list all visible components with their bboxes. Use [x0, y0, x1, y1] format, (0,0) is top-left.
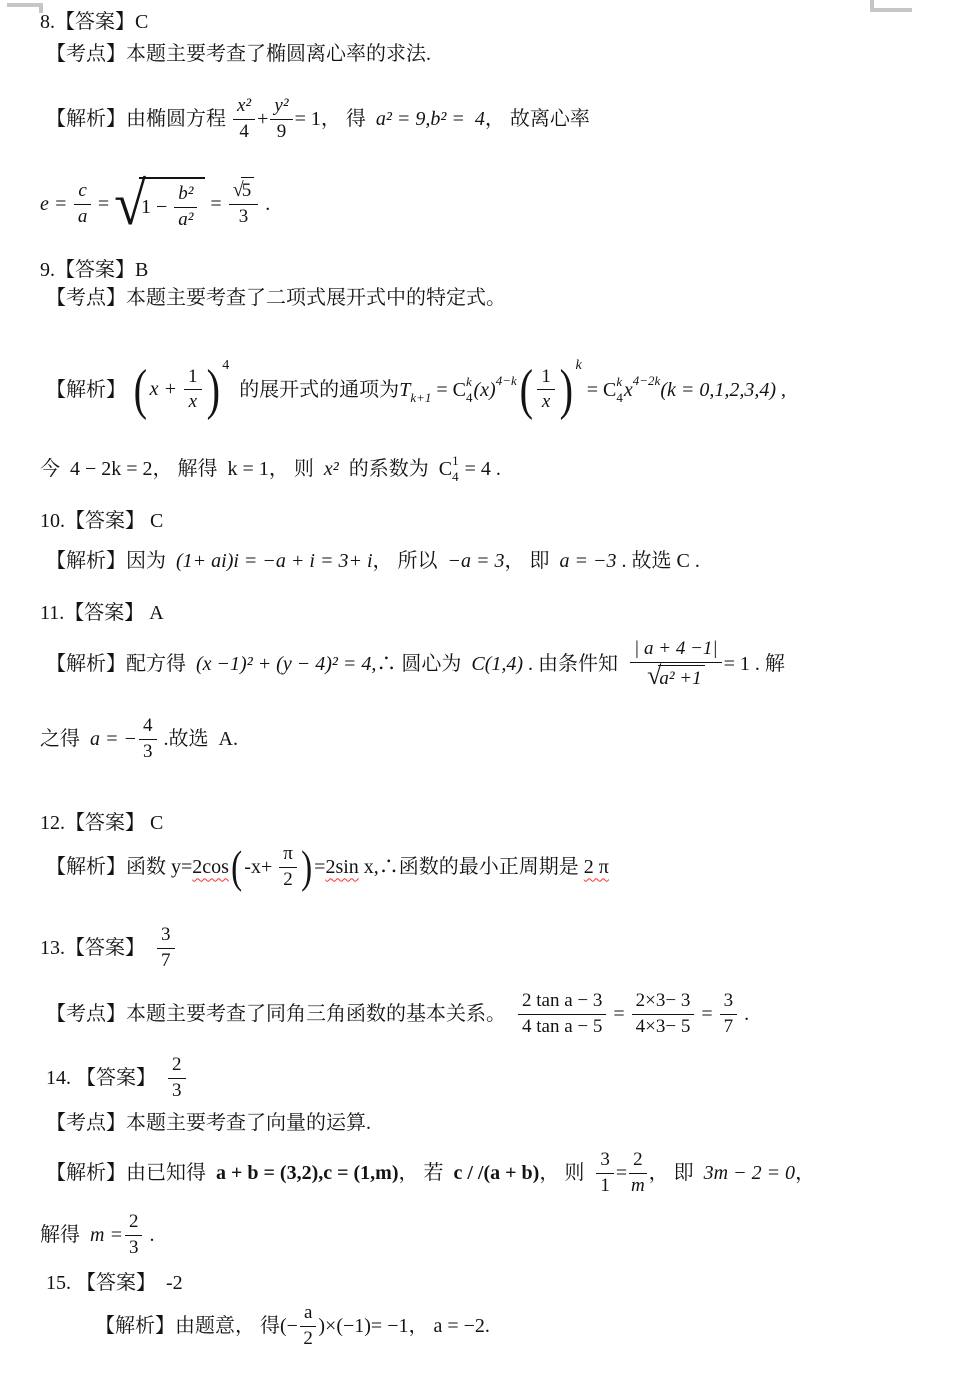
- fraction: π 2: [279, 843, 297, 892]
- math-fragment: T: [399, 379, 410, 402]
- math-fragment: (1+ ai)i = −a + i = 3+ i: [176, 550, 373, 573]
- math-fragment: =: [616, 1162, 627, 1185]
- fraction: 3 1: [596, 1149, 614, 1198]
- fraction: | a + 4 −1| √a² +1: [630, 638, 722, 691]
- text-run: ， 得: [321, 108, 376, 131]
- fraction: 2 m: [629, 1149, 647, 1198]
- text-run: ∴ 圆心为: [376, 653, 471, 676]
- jiexi-line-10: 【解析】 因为 (1+ ai)i = −a + i = 3+ i ， 所以 −a…: [46, 544, 700, 578]
- left-paren: (: [519, 365, 532, 415]
- radical-body: a² +1: [658, 665, 704, 689]
- math-fragment: (k = 0,1,2,3,4): [660, 379, 776, 402]
- fraction: c a: [74, 180, 90, 229]
- jiexi-line-12: 【解析】 函数 y= 2cos ( -x+ π 2 ) = 2sin x, ∴函…: [46, 840, 609, 894]
- math-fragment: = 4 .: [460, 458, 501, 481]
- math-fragment: x: [624, 379, 633, 402]
- jiexi-label: 【解析】: [46, 550, 126, 573]
- fraction: b² a²: [174, 183, 197, 232]
- math-fragment: .: [739, 1003, 749, 1026]
- math-fragment: (−: [280, 1315, 298, 1338]
- fraction: 1 x: [537, 366, 555, 415]
- fraction-denominator: a²: [178, 208, 193, 232]
- equation-line-8: e = c a = √ 1 − b² a² = √5 3 .: [40, 166, 270, 242]
- text-run: ， 则: [539, 1162, 594, 1185]
- fraction-denominator: 1: [600, 1174, 610, 1198]
- fraction: a 2: [300, 1302, 316, 1351]
- math-fragment: a = −: [90, 728, 137, 751]
- math-fragment: C(1,4): [471, 653, 523, 676]
- answer-text: 10.【答案】 C: [40, 510, 163, 533]
- text-run: 函数: [126, 856, 171, 879]
- fraction: 1 x: [184, 366, 202, 415]
- fraction: 4 3: [139, 715, 157, 764]
- text-run: 由题意， 得: [175, 1315, 280, 1338]
- fraction-denominator: √a² +1: [647, 663, 705, 691]
- text-run: ,: [776, 379, 786, 402]
- math-fragment: −a = 3: [448, 550, 505, 573]
- math-fragment: (x −1)² + (y − 4)² = 4,: [196, 653, 376, 676]
- left-paren: (: [134, 365, 147, 415]
- fraction-denominator: 7: [161, 949, 171, 973]
- kaodian-text: 【考点】本题主要考查了向量的运算.: [46, 1112, 371, 1135]
- fraction-numerator: 1: [537, 366, 555, 391]
- fraction-numerator: 3: [596, 1149, 614, 1174]
- spellcheck-flagged-text: 2 π: [584, 856, 609, 879]
- document-page: 8.【答案】C 【考点】本题主要考查了椭圆离心率的求法. 【解析】 由椭圆方程 …: [0, 0, 960, 1382]
- fraction-denominator: x: [542, 390, 550, 414]
- math-fragment: m =: [90, 1224, 123, 1247]
- fraction-denominator: 9: [277, 120, 287, 144]
- fraction-denominator: 2: [283, 868, 293, 892]
- right-paren: ): [560, 365, 573, 415]
- text-run: . 由条件知: [523, 653, 628, 676]
- math-fragment: =: [314, 856, 325, 879]
- jiexi-label: 【解析】: [46, 856, 126, 879]
- subscript: 4: [452, 469, 459, 485]
- text-run: 解得: [40, 1224, 90, 1247]
- math-fragment: =: [205, 193, 226, 216]
- jiexi-line-11-continued: 之得 a = − 4 3 .故选 A.: [40, 710, 238, 768]
- math-fragment: 3m − 2 = 0: [704, 1162, 795, 1185]
- spellcheck-flagged-text: 2cos: [192, 856, 229, 879]
- kaodian-line-9: 【考点】本题主要考查了二项式展开式中的特定式。: [46, 286, 506, 310]
- math-fragment: y=: [171, 856, 192, 879]
- fraction-denominator: 4: [239, 120, 249, 144]
- text-run: 由已知得: [126, 1162, 216, 1185]
- math-fragment: =: [696, 1003, 717, 1026]
- fraction: y² 9: [270, 95, 292, 144]
- superscript: 1: [452, 453, 459, 469]
- superscript: 4−k: [496, 374, 517, 389]
- superscript: k: [616, 374, 622, 390]
- fraction: 2 3: [125, 1211, 143, 1260]
- right-paren: ): [206, 365, 219, 415]
- fraction-denominator: 3: [239, 205, 249, 229]
- fraction-numerator: c: [74, 180, 90, 205]
- jiexi-label: 【解析】: [95, 1315, 175, 1338]
- math-fragment: x +: [150, 378, 182, 401]
- fraction-denominator: 2: [303, 1327, 313, 1351]
- text-run: ， 即: [505, 550, 560, 573]
- radical-sign: √: [114, 180, 146, 229]
- math-fragment: )×(−1)= −1， a = −2.: [318, 1315, 490, 1338]
- math-fragment: = 1: [295, 108, 321, 131]
- kaodian-text: 【考点】本题主要考查了同角三角函数的基本关系。: [46, 1003, 516, 1026]
- math-fragment: =: [608, 1003, 629, 1026]
- math-fragment: (x): [473, 379, 495, 402]
- radical-group: √ 1 − b² a²: [114, 177, 205, 232]
- text-run: 之得: [40, 728, 90, 751]
- text-run: .: [144, 1224, 154, 1247]
- text-run: 由椭圆方程: [126, 108, 231, 131]
- spellcheck-flagged-text: 2sin: [325, 856, 358, 879]
- text-run: ， 所以: [373, 550, 448, 573]
- math-operator: +: [257, 108, 268, 131]
- fraction: 2 tan a − 3 4 tan a − 5: [518, 990, 606, 1039]
- text-run: 今 4 − 2k = 2， 解得 k = 1， 则: [40, 458, 324, 481]
- kaodian-line-13: 【考点】本题主要考查了同角三角函数的基本关系。 2 tan a − 3 4 ta…: [46, 982, 749, 1046]
- answer-text: 13.【答案】: [40, 937, 155, 960]
- text-run: 的展开式的通项为: [229, 379, 399, 402]
- text-run: .故选 A.: [159, 728, 238, 751]
- fraction-denominator: 4×3− 5: [636, 1015, 691, 1039]
- fraction: 3 7: [720, 990, 738, 1039]
- kaodian-text: 【考点】本题主要考查了椭圆离心率的求法.: [46, 43, 431, 66]
- sup-sub-stack: k 4: [616, 374, 623, 405]
- fraction-numerator: b²: [174, 183, 197, 208]
- fraction-denominator: 4 tan a − 5: [522, 1015, 602, 1039]
- sup-sub-stack: k 4: [466, 374, 473, 405]
- kaodian-line-8: 【考点】本题主要考查了椭圆离心率的求法.: [46, 42, 431, 66]
- math-fragment: c / /(a + b): [454, 1162, 540, 1185]
- math-fragment: = 1: [724, 653, 750, 676]
- parenthesized-group: ( x + 1 x ): [131, 365, 222, 415]
- jiexi-line-8: 【解析】 由椭圆方程 x² 4 + y² 9 = 1 ， 得 a² = 9,b²…: [46, 86, 590, 152]
- right-paren: ): [301, 846, 312, 887]
- fraction-numerator: π: [279, 843, 297, 868]
- math-fragment: = C: [582, 379, 617, 402]
- kaodian-text: 【考点】本题主要考查了二项式展开式中的特定式。: [46, 287, 506, 310]
- math-fragment: =: [93, 193, 114, 216]
- jiexi-line-9: 【解析】 ( x + 1 x ) 4 的展开式的通项为 T k+1 = C k …: [46, 350, 786, 430]
- radical-body: 5: [241, 177, 255, 201]
- text-run: ， 若: [399, 1162, 454, 1185]
- answer-text: 15. 【答案】 -2: [46, 1272, 183, 1295]
- math-fragment: e =: [40, 193, 72, 216]
- parenthesized-group: ( 1 x ): [517, 365, 576, 415]
- fraction-denominator: 7: [724, 1015, 734, 1039]
- superscript: k: [466, 374, 472, 390]
- answer-line-9: 9.【答案】B: [40, 258, 148, 282]
- fraction-denominator: m: [631, 1174, 645, 1198]
- sup-sub-stack: 1 4: [452, 453, 459, 484]
- subscript: 4: [616, 390, 623, 406]
- fraction-numerator: 3: [720, 990, 738, 1015]
- text-run: ，: [795, 1162, 815, 1185]
- subscript: k+1: [410, 391, 431, 406]
- fraction: 2×3− 3 4×3− 5: [632, 990, 695, 1039]
- margin-mark-top-right-horizontal: [870, 8, 912, 12]
- fraction: x² 4: [233, 95, 255, 144]
- jiexi-line-9-continued: 今 4 − 2k = 2， 解得 k = 1， 则 x² 的系数为 C 1 4 …: [40, 448, 501, 490]
- fraction-numerator: | a + 4 −1|: [630, 638, 722, 663]
- answer-text: 8.【答案】C: [40, 11, 148, 34]
- jiexi-label: 【解析】: [46, 653, 126, 676]
- answer-line-10: 10.【答案】 C: [40, 508, 163, 534]
- fraction-denominator: 3: [172, 1079, 182, 1103]
- fraction-denominator: x: [189, 390, 197, 414]
- margin-mark-top-left-horizontal: [7, 3, 43, 7]
- answer-text: 14. 【答案】: [46, 1067, 166, 1090]
- kaodian-line-14: 【考点】本题主要考查了向量的运算.: [46, 1110, 371, 1136]
- text-run: 配方得: [126, 653, 196, 676]
- jiexi-label: 【解析】: [46, 1162, 126, 1185]
- text-run: . 故选 C .: [617, 550, 700, 573]
- math-fragment: x²: [324, 458, 339, 481]
- fraction-denominator: a: [78, 205, 88, 229]
- answer-line-12: 12.【答案】 C: [40, 810, 163, 836]
- text-run: . 解: [750, 653, 785, 676]
- math-fragment: a = −3: [560, 550, 617, 573]
- jiexi-line-11: 【解析】 配方得 (x −1)² + (y − 4)² = 4, ∴ 圆心为 C…: [46, 632, 785, 696]
- fraction: 3 7: [157, 924, 175, 973]
- fraction-numerator: y²: [270, 95, 292, 120]
- radical-body: 1 − b² a²: [139, 177, 205, 232]
- answer-line-8: 8.【答案】C: [40, 10, 148, 34]
- superscript: 4−2k: [633, 374, 661, 389]
- jiexi-line-15: 【解析】 由题意， 得 (− a 2 )×(−1)= −1， a = −2.: [95, 1298, 490, 1354]
- superscript: k: [576, 358, 582, 374]
- fraction-numerator: 3: [157, 924, 175, 949]
- fraction-numerator: a: [300, 1302, 316, 1327]
- jiexi-label: 【解析】: [46, 108, 126, 131]
- jiexi-label: 【解析】: [46, 379, 131, 402]
- fraction-numerator: 1: [184, 366, 202, 391]
- fraction-numerator: 2×3− 3: [632, 990, 695, 1015]
- fraction: 2 3: [168, 1054, 186, 1103]
- answer-line-11: 11.【答案】 A: [40, 600, 164, 626]
- math-fragment: a + b = (3,2),c = (1,m): [216, 1162, 399, 1185]
- fraction-numerator: 2: [629, 1149, 647, 1174]
- fraction-numerator: √5: [229, 180, 258, 205]
- math-fragment: .: [260, 193, 270, 216]
- answer-line-13: 13.【答案】 3 7: [40, 918, 177, 978]
- math-fragment: x,: [359, 856, 379, 879]
- fraction-numerator: 2 tan a − 3: [518, 990, 606, 1015]
- fraction: √5 3: [229, 180, 258, 229]
- answer-text: 9.【答案】B: [40, 259, 148, 282]
- text-run: 因为: [126, 550, 176, 573]
- fraction-denominator: 3: [143, 740, 153, 764]
- text-run: 的系数为 C: [339, 458, 452, 481]
- answer-text: 11.【答案】 A: [40, 602, 164, 625]
- answer-text: 12.【答案】 C: [40, 812, 163, 835]
- fraction-denominator: 3: [129, 1236, 139, 1260]
- left-paren: (: [231, 846, 242, 887]
- fraction-numerator: x²: [233, 95, 255, 120]
- text-run: ， 故离心率: [485, 108, 590, 131]
- fraction-numerator: 2: [168, 1054, 186, 1079]
- jiexi-line-14-continued: 解得 m = 2 3 .: [40, 1206, 154, 1264]
- text-run: ， 即: [649, 1162, 704, 1185]
- superscript: 4: [222, 358, 229, 374]
- answer-line-15: 15. 【答案】 -2: [46, 1270, 183, 1296]
- math-fragment: = C: [431, 379, 466, 402]
- fraction-numerator: 2: [125, 1211, 143, 1236]
- text-run: ∴函数的最小正周期是: [379, 856, 584, 879]
- parenthesized-group: ( -x+ π 2 ): [229, 843, 314, 892]
- subscript: 4: [466, 390, 473, 406]
- math-fragment: -x+: [244, 856, 277, 879]
- jiexi-line-14: 【解析】 由已知得 a + b = (3,2),c = (1,m) ， 若 c …: [46, 1144, 815, 1202]
- answer-line-14: 14. 【答案】 2 3: [46, 1048, 188, 1108]
- fraction-numerator: 4: [139, 715, 157, 740]
- math-fragment: a² = 9,b² = 4: [376, 108, 485, 131]
